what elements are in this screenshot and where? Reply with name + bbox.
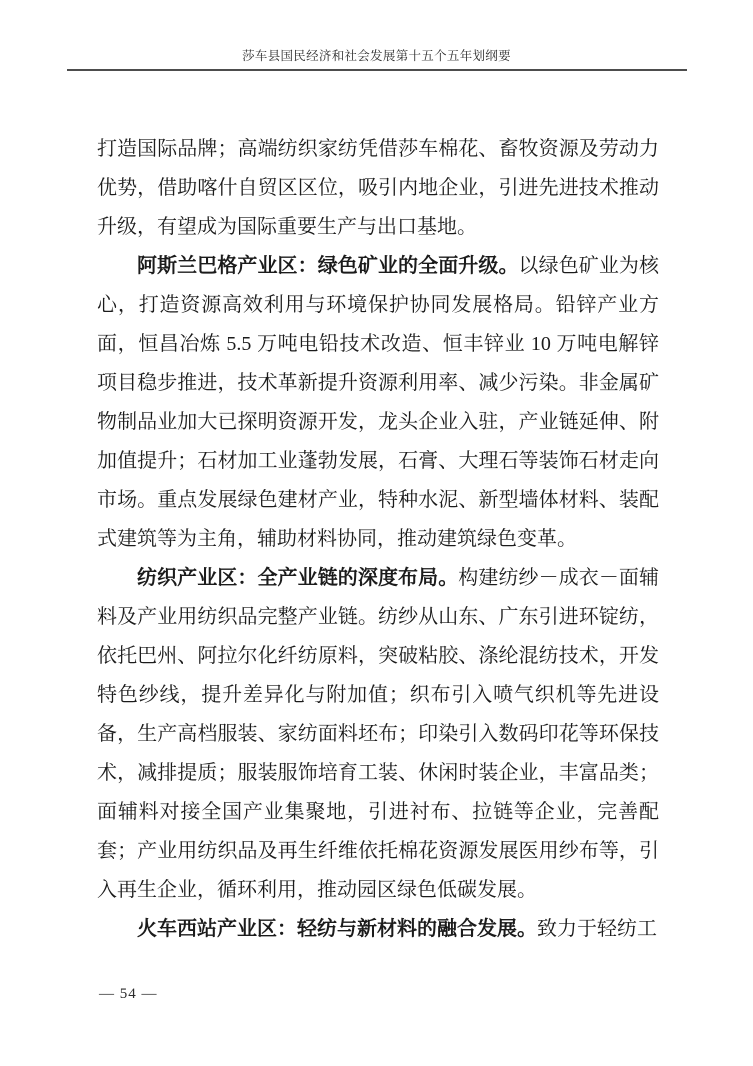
paragraph: 火车西站产业区：轻纺与新材料的融合发展。致力于轻纺工: [97, 910, 659, 949]
document-page: 莎车县国民经济和社会发展第十五个五年划纲要 打造国际品牌；高端纺织家纺凭借莎车棉…: [0, 0, 753, 1066]
paragraph-text: 打造国际品牌；高端纺织家纺凭借莎车棉花、畜牧资源及劳动力优势，借助喀什自贸区区位…: [97, 138, 659, 238]
page-number: — 54 —: [99, 985, 158, 1003]
paragraph-text: 构建纺纱－成衣－面辅料及产业用纺织品完整产业链。纺纱从山东、广东引进环锭纺，依托…: [97, 567, 659, 901]
header-rule: [67, 69, 687, 71]
paragraph: 纺织产业区：全产业链的深度布局。构建纺纱－成衣－面辅料及产业用纺织品完整产业链。…: [97, 559, 659, 910]
header-title: 莎车县国民经济和社会发展第十五个五年划纲要: [0, 49, 753, 63]
paragraph-lead: 纺织产业区：全产业链的深度布局。: [137, 567, 458, 589]
paragraph: 阿斯兰巴格产业区：绿色矿业的全面升级。以绿色矿业为核心，打造资源高效利用与环境保…: [97, 247, 659, 559]
paragraph-lead: 阿斯兰巴格产业区：绿色矿业的全面升级。: [137, 255, 519, 277]
paragraph-text: 以绿色矿业为核心，打造资源高效利用与环境保护协同发展格局。铅锌产业方面，恒昌冶炼…: [97, 255, 659, 550]
paragraph-text: 致力于轻纺工: [537, 918, 657, 940]
paragraph-lead: 火车西站产业区：轻纺与新材料的融合发展。: [137, 918, 537, 940]
document-body: 打造国际品牌；高端纺织家纺凭借莎车棉花、畜牧资源及劳动力优势，借助喀什自贸区区位…: [97, 130, 659, 949]
paragraph: 打造国际品牌；高端纺织家纺凭借莎车棉花、畜牧资源及劳动力优势，借助喀什自贸区区位…: [97, 130, 659, 247]
